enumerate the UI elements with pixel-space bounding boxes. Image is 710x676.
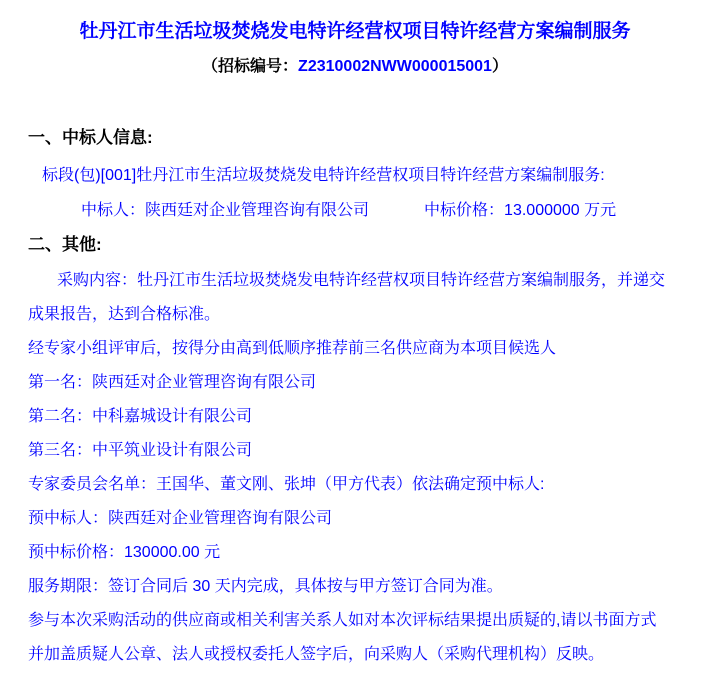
lot-package-line: 标段(包)[001]牡丹江市生活垃圾焚烧发电特许经营权项目特许经营方案编制服务:	[42, 166, 682, 186]
objection-notice-line-1: 参与本次采购活动的供应商或相关利害关系人如对本次评标结果提出质疑的,请以书面方式	[28, 611, 682, 631]
rank-2-line: 第二名：中科嘉城设计有限公司	[28, 407, 682, 427]
section-winner-info-heading: 一、中标人信息:	[28, 127, 682, 149]
tender-number-line: （招标编号：Z2310002NWW000015001）	[28, 57, 682, 77]
winning-price-value: 13.000000 万元	[504, 202, 616, 219]
tender-number-close: ）	[492, 58, 508, 75]
rank-1-line: 第一名：陕西廷对企业管理咨询有限公司	[28, 373, 682, 393]
objection-notice-line-2: 并加盖质疑人公章、法人或授权委托人签字后，向采购人（采购代理机构）反映。	[28, 645, 682, 665]
winner-line: 中标人：陕西廷对企业管理咨询有限公司中标价格：13.000000 万元	[81, 201, 682, 221]
procurement-content-line-2: 成果报告，达到合格标准。	[28, 305, 682, 325]
tender-number-label: （招标编号：	[202, 58, 298, 75]
document-title: 牡丹江市生活垃圾焚烧发电特许经营权项目特许经营方案编制服务	[28, 20, 682, 44]
document-page: 牡丹江市生活垃圾焚烧发电特许经营权项目特许经营方案编制服务 （招标编号：Z231…	[0, 0, 710, 676]
expert-review-line: 经专家小组评审后，按得分由高到低顺序推荐前三名供应商为本项目候选人	[28, 339, 682, 359]
winner-name: 陕西廷对企业管理咨询有限公司	[145, 202, 369, 219]
pre-winner-line: 预中标人：陕西廷对企业管理咨询有限公司	[28, 509, 682, 529]
section-other-heading: 二、其他:	[28, 234, 682, 256]
service-term-line: 服务期限：签订合同后 30 天内完成，具体按与甲方签订合同为准。	[28, 577, 682, 597]
winner-label: 中标人：	[81, 202, 145, 219]
winning-price-label: 中标价格：	[424, 202, 504, 219]
pre-winning-price-line: 预中标价格：130000.00 元	[28, 543, 682, 563]
rank-3-line: 第三名：中平筑业设计有限公司	[28, 441, 682, 461]
procurement-content-line-1: 采购内容：牡丹江市生活垃圾焚烧发电特许经营权项目特许经营方案编制服务，并递交	[28, 271, 682, 291]
expert-committee-line: 专家委员会名单：王国华、董文刚、张坤（甲方代表）依法确定预中标人:	[28, 475, 682, 495]
tender-number-code: Z2310002NWW000015001	[298, 58, 492, 75]
